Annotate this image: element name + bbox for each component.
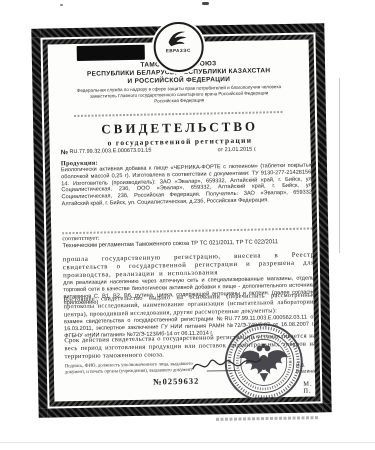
scan-vertical-line	[339, 78, 340, 253]
number-prefix: №	[61, 149, 68, 156]
signer-name: И.В. Брагина	[296, 362, 322, 374]
seal-place-mark: М. П.	[303, 380, 322, 394]
registration-number: RU.77.99.32.003.Е.000673.01.15	[69, 148, 151, 156]
scan-horizontal-line	[0, 442, 375, 443]
scan-speck	[60, 4, 63, 6]
redaction-box	[77, 45, 145, 61]
signature-note: Подпись, ФИО, должность уполномоченного …	[65, 362, 197, 377]
fine-print-rule	[216, 416, 319, 421]
technical-regulations: Техническим регламентам Таможенного союз…	[62, 238, 314, 249]
product-description: Биологически активная добавка к пище «ЧЕ…	[61, 162, 314, 208]
issuing-authority-block: Федеральная служба по надзору в сфере за…	[55, 84, 303, 107]
divider-rule	[62, 227, 312, 234]
micro-text-rule	[74, 111, 284, 117]
scan-speck	[202, 2, 209, 5]
signature-stroke-icon	[191, 349, 264, 378]
eurasec-logo-label: ЕВРАЗЭС	[155, 48, 201, 54]
certificate-document: ЕВРАЗЭС ТАМОЖЕННЫЙ СОЮЗ РЕСПУБЛИКИ БЕЛАР…	[31, 23, 331, 418]
scanned-page-background: ЕВРАЗЭС ТАМОЖЕННЫЙ СОЮЗ РЕСПУБЛИКИ БЕЛАР…	[0, 0, 375, 450]
corresponds-label: соответствует:	[62, 236, 99, 243]
registration-date: от 21.01.2015 г.	[218, 147, 257, 154]
